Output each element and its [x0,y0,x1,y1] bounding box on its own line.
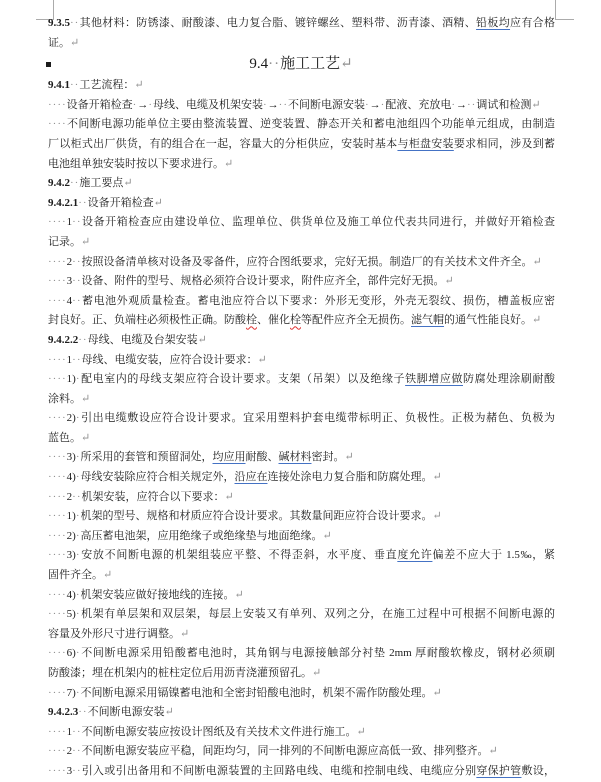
text-run: → [370,99,381,111]
formatting-mark: ·· [78,706,87,718]
text-run: 不间断电源功能单位主要由整流装置、逆变装置、静态开关和蓄电池组四个功能单元组成，… [67,118,555,130]
text-line: ····3)·安放不间断电源的机架组装应平整、不得歪斜，水平度、垂直度允许偏差不… [48,546,555,566]
formatting-mark: ↵ [531,99,541,111]
text-line: 9.4.2.1··设备开箱检查↵ [48,194,555,214]
text-run: 、催化 [257,314,290,326]
text-run: 引入或引出备用和不间断电源装置的主回路电线、电缆和控制电线、电缆应分别 [81,765,476,777]
formatting-mark: ···· [48,256,67,268]
text-run: 涂料。 [48,393,81,405]
text-line: ····2)·高压蓄电池架，应用绝缘子或绝缘垫与地面绝缘。↵ [48,527,555,547]
text-run: 引出电缆敷设应符合设计要求。宜采用塑料护套电缆带标明正、负极性。正极为赭色、负极… [81,412,556,424]
text-run: 母线、电缆及机架安装 [153,99,263,111]
text-line: ····4··蓄电池外观质量检查。蓄电池应符合以下要求：外形无变形，外壳无裂纹、… [48,292,555,312]
text-run: 4) [67,589,76,601]
spelling-marked-text: 栓 [290,314,301,326]
text-line: ····2··不间断电源安装应平稳，间距均匀，同一排列的不间断电源应高低一致、排… [48,742,555,762]
formatting-mark: ↵ [198,334,208,346]
formatting-mark: ↵ [103,569,113,581]
text-run: 封良好。正、负端柱必须极性正确。防酸 [48,314,246,326]
text-line: ····1)·配电室内的母线支架应符合设计要求。支架（吊架）以及绝缘子铁脚增应做… [48,370,555,390]
formatting-mark: ·· [70,79,79,91]
text-run: → [456,99,467,111]
text-run: 厂以柜式出厂供货，有的组合在一起，容量大的分柜供应，安装时基本 [48,138,397,150]
text-run: 防腐处理涂刷耐酸 [463,373,555,385]
text-line: ····设备开箱检查·→·母线、电缆及机架安装·→··不间断电源安装·→·配液、… [48,96,555,116]
formatting-mark: ···· [48,373,67,385]
formatting-mark: ···· [48,216,67,228]
text-run: 9.4 [249,56,268,72]
text-run: 蓄电池外观质量检查。蓄电池应符合以下要求：外形无变形，外壳无裂纹、损伤，槽盖板应… [81,295,555,307]
formatting-mark: ·· [78,197,87,209]
text-run: 母线、电缆及台架安装 [88,334,198,346]
text-run: 的通气性能良好。 [444,314,532,326]
text-line: ····3··设备、附件的型号、规格必须符合设计要求，附件应齐全，部件完好无损。… [48,272,555,292]
text-run: 容量及外形尺寸进行调整。 [48,628,180,640]
text-line: 9.4.2··施工要点↵ [48,174,555,194]
text-run: 3) [67,549,76,561]
text-line: 容量及外形尺寸进行调整。↵ [48,625,555,645]
text-run: 6) [67,647,76,659]
formatting-mark: ↵ [532,256,542,268]
text-run: 7) [67,687,76,699]
grammar-marked-text: 与柜盘安装 [397,138,453,150]
formatting-mark: ···· [48,589,67,601]
formatting-mark: ↵ [165,706,175,718]
text-line: ····3··引入或引出备用和不间断电源装置的主回路电线、电缆和控制电线、电缆应… [48,762,555,782]
text-run: 不间断电源采用镉镍蓄电池和全密封铅酸电池时，机架不需作防酸处理。 [81,687,433,699]
text-run: 3) [67,451,76,463]
text-run: 不间断电源安装 [288,99,365,111]
text-run: 施工要点 [79,177,123,189]
text-line: ····2··机架安装，应符合以下要求：↵ [48,488,555,508]
formatting-mark: ·· [70,177,79,189]
formatting-mark: ···· [48,118,67,130]
formatting-mark: ↵ [224,491,234,503]
formatting-mark: ↵ [444,275,454,287]
formatting-mark: ↵ [323,530,333,542]
text-line: 固件齐全。↵ [48,566,555,586]
formatting-mark: ···· [48,687,67,699]
section-heading: 9.4··施工工艺↵ [48,53,555,76]
formatting-mark: ↵ [224,158,234,170]
formatting-mark: ↵ [433,471,443,483]
formatting-mark: ↵ [70,37,80,49]
text-line: ····不间断电源功能单位主要由整流装置、逆变装置、静态开关和蓄电池组四个功能单… [48,115,555,135]
formatting-mark: ···· [48,530,67,542]
formatting-mark: ·· [467,99,476,111]
formatting-mark: ↵ [123,177,133,189]
text-run: 母线安装除应符合相关规定外， [81,471,235,483]
formatting-mark: ···· [48,549,67,561]
formatting-mark: ↵ [312,667,322,679]
text-line: ····1)·机架的型号、规格和材质应符合设计要求。其数量间距应符合设计要求。↵ [48,507,555,527]
text-line: ····3)·所采用的套管和预留洞处，均应用耐酸、碱材料密封。↵ [48,448,555,468]
grammar-marked-text: 滤气帽 [411,314,444,326]
text-run: 安放不间断电源的机架组装应平整、不得歪斜，水平度、垂直 [81,549,398,561]
text-run: 机架的型号、规格和材质应符合设计要求。其数量间距应符合设计要求。 [81,510,433,522]
text-line: ····7)·不间断电源采用镉镍蓄电池和全密封铅酸电池时，机架不需作防酸处理。↵ [48,684,555,704]
text-line: ····4)·机架安装应做好接地线的连接。↵ [48,586,555,606]
text-run: 不间断电源采用铅酸蓄电池时，其角钢与电源接触部分衬垫 2mm 厚耐酸软橡皮，钢材… [81,647,555,659]
text-line: ····5)·机架有单层架和双层架，每层上安装又有单列、双列之分，在施工过程中可… [48,605,555,625]
formatting-mark: ···· [48,647,67,659]
section-number: 9.4.1 [48,79,70,91]
text-run: 设备、附件的型号、规格必须符合设计要求，附件应齐全，部件完好无损。 [81,275,444,287]
text-line: 记录。↵ [48,233,555,253]
text-run: 证。 [48,37,70,49]
text-line: 防酸漆；埋在机架内的桩柱定位后用沥青浇灌预留孔。↵ [48,664,555,684]
text-line: ····1··不间断电源安装应按设计图纸及有关技术文件进行施工。↵ [48,723,555,743]
formatting-mark: ↵ [356,726,366,738]
formatting-mark: ···· [48,275,67,287]
grammar-marked-text: 度允许 [397,549,432,561]
text-run: 4) [67,471,76,483]
section-number: 9.4.2 [48,177,70,189]
formatting-mark: ↵ [488,745,498,757]
text-boundary-mark-top-right [555,0,574,20]
formatting-mark: ↵ [340,56,354,72]
text-run: 要求相同，涉及到蓄 [454,138,555,150]
text-line: ····2)·引出电缆敷设应符合设计要求。宜采用塑料护套电缆带标明正、负极性。正… [48,409,555,429]
formatting-mark: ↵ [154,197,164,209]
text-line: ····1··母线、电缆安装，应符合设计要求：↵ [48,351,555,371]
formatting-mark: ·· [78,334,87,346]
text-run: 其他材料：防锈漆、耐酸漆、电力复合脂、镀锌螺丝、塑料带、沥青漆、酒精、 [79,17,476,29]
text-line: ····1··设备开箱检查应由建设单位、监理单位、供货单位及施工单位代表共同进行… [48,213,555,233]
formatting-mark: ↵ [235,589,245,601]
text-run: 设备开箱检查 [88,197,154,209]
text-run: 不间断电源安装 [88,706,165,718]
text-line: 厂以柜式出厂供货，有的组合在一起，容量大的分柜供应，安装时基本与柜盘安装要求相同… [48,135,555,155]
text-run: 2) [67,412,76,424]
formatting-mark: ↵ [257,354,267,366]
formatting-mark: ↵ [81,432,91,444]
text-run: 不间断电源安装应平稳，间距均匀，同一排列的不间断电源应高低一致、排列整齐。 [81,745,488,757]
formatting-mark: ↵ [81,393,91,405]
text-run: 应有合格 [510,17,555,29]
text-run: 母线、电缆安装，应符合设计要求： [81,354,257,366]
text-run: 2) [67,530,76,542]
formatting-mark: ···· [48,295,67,307]
text-run: 设备开箱检查 [67,99,133,111]
text-run: 电池组单独安装时按以下要求进行。 [48,158,224,170]
formatting-mark: ···· [48,745,67,757]
text-run: 1) [67,373,76,385]
text-run: 机架安装应做好接地线的连接。 [81,589,235,601]
formatting-mark: ↵ [433,687,443,699]
text-run: 等配件应齐全无损伤。 [301,314,411,326]
text-line: 9.3.5··其他材料：防锈漆、耐酸漆、电力复合脂、镀锌螺丝、塑料带、沥青漆、酒… [48,14,555,34]
text-run: 机架安装，应符合以下要求： [81,491,224,503]
text-line: 蓝色。↵ [48,429,555,449]
text-run: 密封。 [312,451,345,463]
text-line: 电池组单独安装时按以下要求进行。↵ [48,155,555,175]
formatting-mark: ↵ [180,628,190,640]
formatting-mark: ↵ [345,451,355,463]
formatting-mark: ↵ [433,510,443,522]
grammar-marked-text: 均应用 [213,451,246,463]
text-line: ····4)·母线安装除应符合相关规定外，沿应在连接处涂电力复合脂和防腐处理。↵ [48,468,555,488]
formatting-mark: ···· [48,726,67,738]
text-run: 工艺流程： [79,79,134,91]
grammar-marked-text: 铅板均 [476,17,510,29]
section-number: 9.4.2.2 [48,334,78,346]
text-line: 9.4.2.3··不间断电源安装↵ [48,703,555,723]
text-run: 蓝色。 [48,432,81,444]
text-run: 配电室内的母线支架应符合设计要求。支架（吊架）以及绝缘子 [81,373,406,385]
text-run: 施工工艺 [280,56,340,72]
formatting-mark: ···· [48,765,67,777]
text-line: 9.4.2.2··母线、电缆及台架安装↵ [48,331,555,351]
grammar-marked-text: 铁脚增应做 [405,373,463,385]
formatting-mark: ···· [48,471,67,483]
formatting-mark: ↵ [81,236,91,248]
text-run: 机架有单层架和双层架，每层上安装又有单列、双列之分，在施工过程中可根据不间断电源… [81,608,556,620]
section-number: 9.4.2.1 [48,197,78,209]
formatting-mark: ···· [48,354,67,366]
text-line: ····2··按照设备清单核对设备及零备件，应符合图纸要求，完好无损。制造厂的有… [48,253,555,273]
formatting-mark: ···· [48,608,67,620]
text-run: 5) [67,608,76,620]
text-run: 配液、充放电 [385,99,451,111]
formatting-mark: ·· [279,99,288,111]
formatting-mark: ···· [48,99,67,111]
text-line: 涂料。↵ [48,390,555,410]
formatting-mark: ···· [48,510,67,522]
spelling-marked-text: 栓 [246,314,257,326]
formatting-mark: ···· [48,412,67,424]
text-run: 高压蓄电池架，应用绝缘子或绝缘垫与地面绝缘。 [81,530,323,542]
grammar-marked-text: 沿应在 [235,471,268,483]
text-run: 防酸漆；埋在机架内的桩柱定位后用沥青浇灌预留孔。 [48,667,312,679]
section-number: 9.3.5 [48,17,70,29]
text-run: 记录。 [48,236,81,248]
text-run: → [137,99,148,111]
grammar-marked-text: 碱材料 [279,451,312,463]
text-line: ····6)·不间断电源采用铅酸蓄电池时，其角钢与电源接触部分衬垫 2mm 厚耐… [48,644,555,664]
text-run: 敷设， [521,765,555,777]
formatting-mark: ·· [268,56,280,72]
formatting-mark: ·· [70,17,79,29]
text-line: 封良好。正、负端柱必须极性正确。防酸栓、催化栓等配件应齐全无损伤。滤气帽的通气性… [48,311,555,331]
text-line: 证。↵ [48,34,555,54]
text-run: 偏差不应大于 1.5‰，紧 [432,549,555,561]
text-run: 1) [67,510,76,522]
formatting-mark: ↵ [134,79,144,91]
text-line: 9.4.1··工艺流程：↵ [48,76,555,96]
text-run: 不间断电源安装应按设计图纸及有关技术文件进行施工。 [81,726,356,738]
document-page[interactable]: 9.3.5··其他材料：防锈漆、耐酸漆、电力复合脂、镀锌螺丝、塑料带、沥青漆、酒… [0,0,601,782]
text-run: 所采用的套管和预留洞处， [81,451,213,463]
text-run: 设备开箱检查应由建设单位、监理单位、供货单位及施工单位代表共同进行，并做好开箱检… [81,216,555,228]
text-run: 调试和检测 [476,99,531,111]
formatting-mark: ···· [48,451,67,463]
text-run: → [268,99,279,111]
formatting-mark: ···· [48,491,67,503]
text-run: 按照设备清单核对设备及零备件，应符合图纸要求，完好无损。制造厂的有关技术文件齐全… [81,256,532,268]
grammar-marked-text: 穿保护管 [476,765,521,777]
text-run: 耐酸、 [246,451,279,463]
section-number: 9.4.2.3 [48,706,78,718]
formatting-mark: ↵ [532,314,542,326]
document-text: 9.3.5··其他材料：防锈漆、耐酸漆、电力复合脂、镀锌螺丝、塑料带、沥青漆、酒… [48,14,555,782]
text-run: 连接处涂电力复合脂和防腐处理。 [268,471,433,483]
text-run: 固件齐全。 [48,569,103,581]
